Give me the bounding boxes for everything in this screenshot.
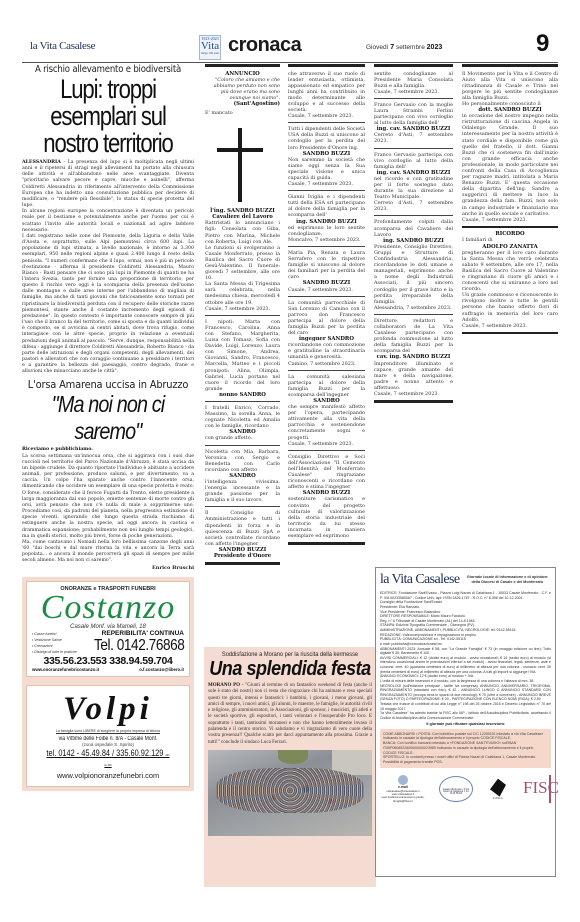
obituary-notice: che attraverso il suo ruolo di leader en…: [288, 71, 365, 120]
article-kicker: Soddisfazione a Morano per la riuscita d…: [211, 651, 369, 658]
phone-number: Tel. 0142.76868: [94, 637, 184, 655]
obituary-notice: La comunità salesiana partecipa al dolor…: [288, 374, 365, 447]
website-link[interactable]: www.onoranzefunebricostanzo.it: [32, 667, 99, 672]
obituary-notice: Franco Gervasio con la moglie Laura Stra…: [374, 102, 453, 145]
obituary-column-3: sentite condoglianze al Presidente Maria…: [374, 64, 453, 406]
article-kicker: L'orsa Amarena uccisa in Abruzzo: [22, 378, 194, 391]
article-wolves: A rischio allevamento e biodiversità Lup…: [22, 64, 194, 375]
masthead-details: EDITRICE: Fondazione Sant'Evasio - Piazz…: [380, 591, 551, 721]
ad-volpi[interactable]: Volpi La famiglia sono LIBERE di sceglie…: [22, 681, 194, 791]
crowd-photo: [208, 750, 372, 836]
fipeg-logo: F.I.P.E.G.: [486, 779, 510, 800]
email-contacts[interactable]: e.mail vitacasalese@vitacasalese.it www.…: [380, 775, 426, 803]
section-title: cronaca: [228, 34, 301, 57]
column-news: A rischio allevamento e biodiversità Lup…: [22, 64, 194, 791]
masthead-box: la Vita Casalese Giornale locale di info…: [375, 567, 556, 877]
column-rule: [205, 64, 280, 67]
article-headline: "Ma noi non ci saremo": [25, 391, 190, 445]
obituary-notice: La comunità parrocchiale di San Lorenzo …: [288, 300, 365, 367]
ad-brand-name: Volpi: [32, 692, 184, 726]
obituary-notice: Gianni Iviglia e i dipendenti tutti dell…: [288, 194, 365, 243]
header-divider: [22, 62, 558, 63]
obituary-column-1: ANNUNCIO "Coloro che amiamo e che abbiam…: [205, 64, 280, 568]
obituary-column-2: che attraverso il suo ruolo di leader en…: [288, 64, 365, 548]
article-headline: Una splendida festa: [207, 658, 373, 681]
obituary-announcement: ANNUNCIO "Coloro che amiamo e che abbiam…: [205, 71, 280, 312]
article-bear: L'orsa Amarena uccisa in Abruzzo "Ma noi…: [22, 378, 194, 571]
article-body: ALESSANDRIA - La presenza del lupo si è …: [22, 160, 194, 375]
address-logo: Casale Monferrato • P.zza Nazari di Cala…: [439, 776, 473, 802]
obituary-notice: Maria Pia, Renata e Laura Serrafero con …: [288, 250, 365, 293]
article-body: Riceviamo e pubblichiamo. La scorsa sett…: [22, 447, 194, 564]
centenary-badge: 1923-2023 Vita lunga 100 anni: [199, 35, 221, 60]
article-headline: Lupi: troppi esemplari sul nostro territ…: [28, 76, 189, 157]
cross-icon: [205, 128, 280, 202]
services-list: • Casse funebri • Vestizione Salme • Cre…: [32, 631, 77, 655]
mobile-numbers: 335.56.23.553 338.94.59.704: [32, 655, 184, 667]
obituary-notice: Il Consiglio di Amministrazione e tutti …: [205, 510, 280, 559]
book-icon: [490, 779, 506, 797]
page-number: 9: [536, 30, 549, 58]
website-link[interactable]: www.volpionoranzefunebri.com: [32, 771, 184, 780]
partner-logos: e.mail vitacasalese@vitacasalese.it www.…: [380, 772, 551, 806]
email-link[interactable]: o.f.costanzo@libero.it: [139, 667, 184, 672]
obituary-notice: Franco Gervasio partecipa con vivo cordo…: [374, 152, 453, 213]
fisc-logo: FISC: [523, 775, 551, 803]
ad-costanzo[interactable]: ONORANZE e TRASPORTI FUNEBRI Costanzo Ca…: [22, 577, 194, 681]
obituary-notice: sentite condoglianze al Presidente Maria…: [374, 71, 453, 95]
obituary-notice: Tutti i dipendenti delle Società USA del…: [288, 126, 365, 187]
diocese-icon: [398, 775, 408, 785]
obituary-notice: I fratelli Enrico, Corrado, Massimo, la …: [205, 405, 280, 442]
obituary-notice: Profondamente colpiti dalla scomparsa de…: [374, 219, 453, 310]
obituary-column-4: Il Movimento per la Vita e il Centro di …: [462, 64, 558, 337]
ad-brand-name: Costanzo: [32, 592, 184, 624]
article-festa: Soddisfazione a Morano per la riuscita d…: [204, 647, 376, 887]
obituary-notice: Nicoletta con Mia, Barbara, Veronica con…: [205, 449, 280, 504]
article-signature: Enrico Bruschi: [22, 565, 194, 571]
obituary-notice: Consiglio Direttivo e Soci dell'Associaz…: [288, 454, 365, 539]
obituary-notice: Il Movimento per la Vita e il Centro di …: [462, 71, 558, 223]
obituary-notice: Direttore, redattori e collaboratori de …: [374, 318, 453, 397]
obituary-notice: I nipoti: Marta con Francesco, Carolina,…: [205, 319, 280, 398]
newspaper-logo: la Vita Casalese: [30, 40, 95, 52]
article-body: MORANO PO - "Giunti al termine di un fan…: [208, 683, 372, 746]
phone-number: tel. 0142 - 45.49.84 / 335.60.92.129 24h…: [46, 748, 171, 768]
page-header: la Vita Casalese 1923-2023 Vita lunga 10…: [0, 0, 580, 62]
subscription-info: COME ABBONARSI • POSTA: Con bollettino p…: [380, 729, 551, 769]
issue-date: Giovedì 7 settembre 2023: [366, 44, 442, 51]
masthead-logo: la Vita Casalese: [380, 572, 460, 588]
remembrance-notice: RICORDO I familiari di ADOLFO ZANATTA pr…: [462, 231, 558, 329]
